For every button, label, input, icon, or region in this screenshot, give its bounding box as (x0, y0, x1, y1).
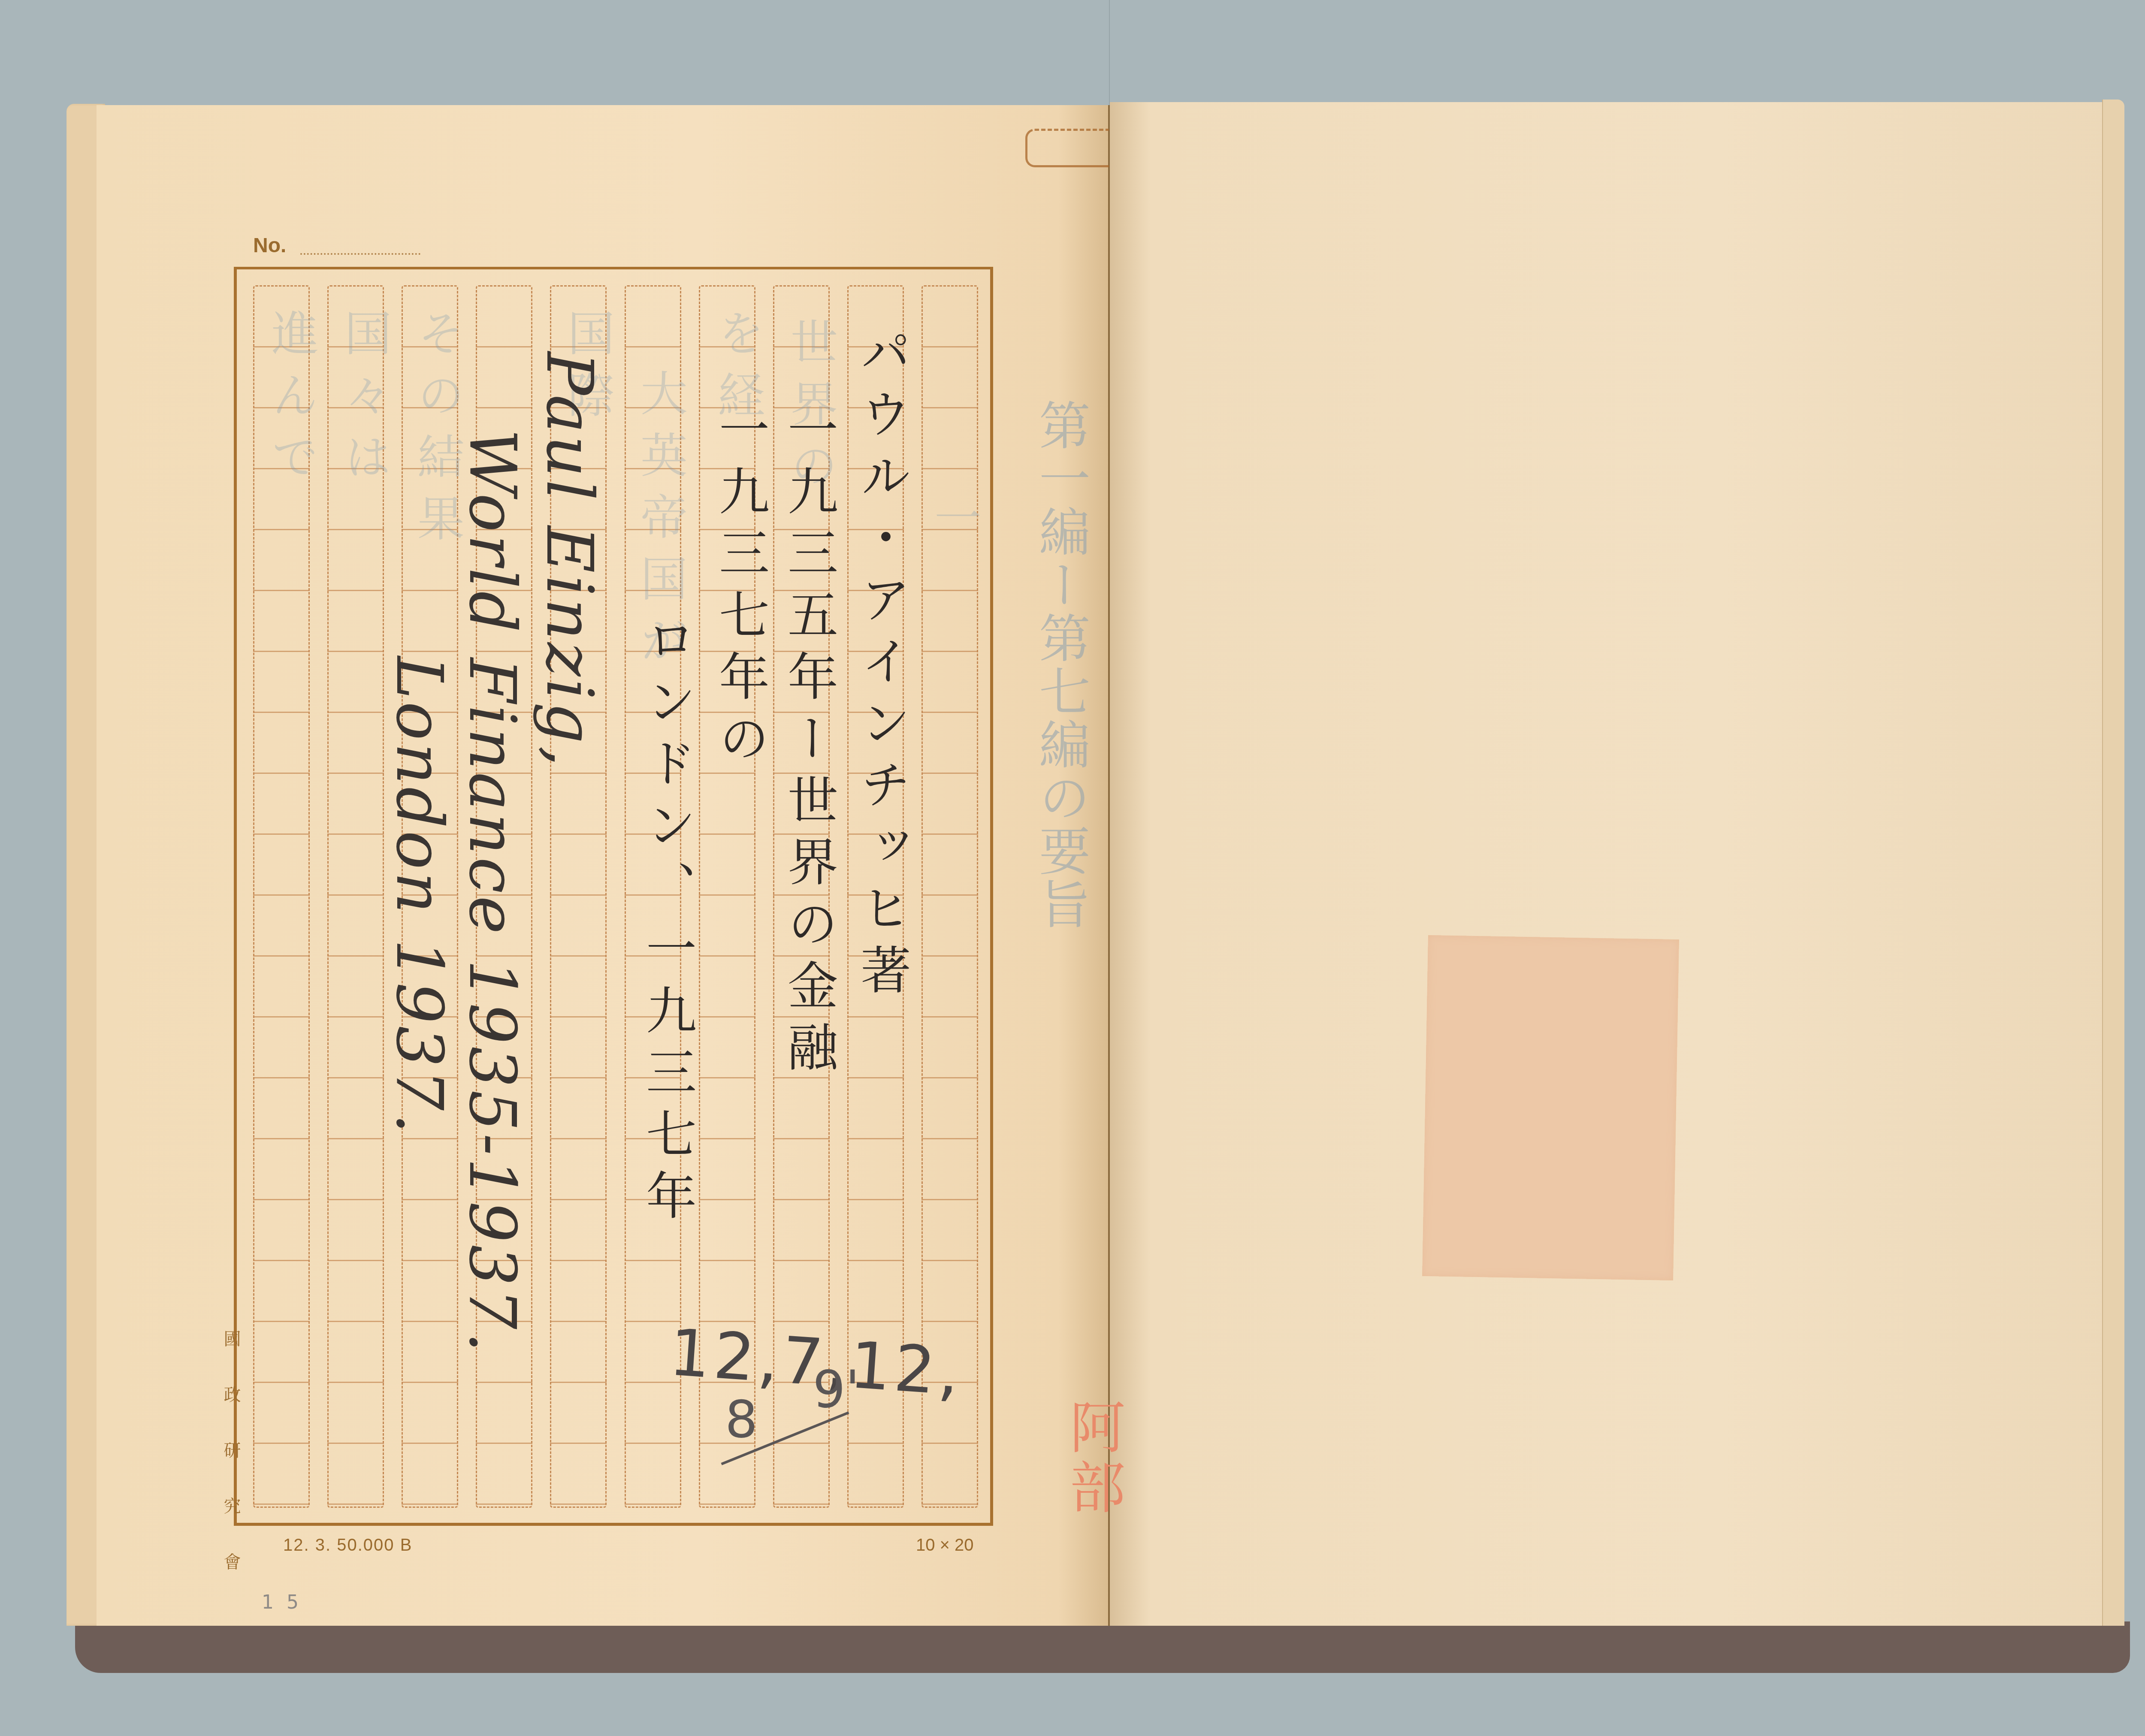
ghost-text: 一 (920, 493, 988, 555)
handwritten-author-en: Paul Einzig, (532, 352, 607, 769)
date-correction: 9' (813, 1360, 860, 1419)
handwritten-place-en: London 1937. (382, 656, 456, 1136)
handwritten-author-jp: パウル・アインチッヒ著 (845, 326, 918, 1005)
ghost-text: 進んで (257, 309, 325, 494)
crossed-out-digit: 8 (725, 1390, 758, 1449)
book-cover-edge-right (2102, 100, 2124, 1626)
grid-column (921, 285, 978, 1508)
grid-size-label: 10 × 20 (916, 1536, 974, 1555)
number-field-line (300, 253, 420, 255)
handwritten-title-jp: 一九三五年ー世界の金融 (772, 403, 845, 1083)
crossed-out-note: 8 9' (725, 1390, 860, 1449)
print-code: 12. 3. 50.000 B (283, 1536, 412, 1555)
handwritten-title-en: World Finance 1935-1937. (455, 429, 529, 1355)
publisher-imprint: 國政研究會 (219, 1330, 243, 1609)
background-fold (1109, 0, 1110, 112)
red-pencil-note: 阿部 (1053, 1398, 1133, 1519)
pencil-page-mark: 15 (262, 1591, 311, 1613)
book-shadow (75, 1621, 2130, 1673)
number-label: No. (253, 234, 286, 257)
ghost-text: 国々は (330, 309, 398, 494)
right-page (1110, 102, 2120, 1626)
handwritten-place-jp: ロンドン、一九三七年 (631, 613, 704, 1231)
faded-stamp (1422, 935, 1679, 1280)
tape-stain-mark (1025, 129, 1109, 167)
book-gutter (1108, 105, 1110, 1626)
handwritten-year-jp: 一九三七年の (704, 403, 776, 774)
faint-pencil-note: 第一編ー第七編の要旨 (1023, 399, 1097, 931)
